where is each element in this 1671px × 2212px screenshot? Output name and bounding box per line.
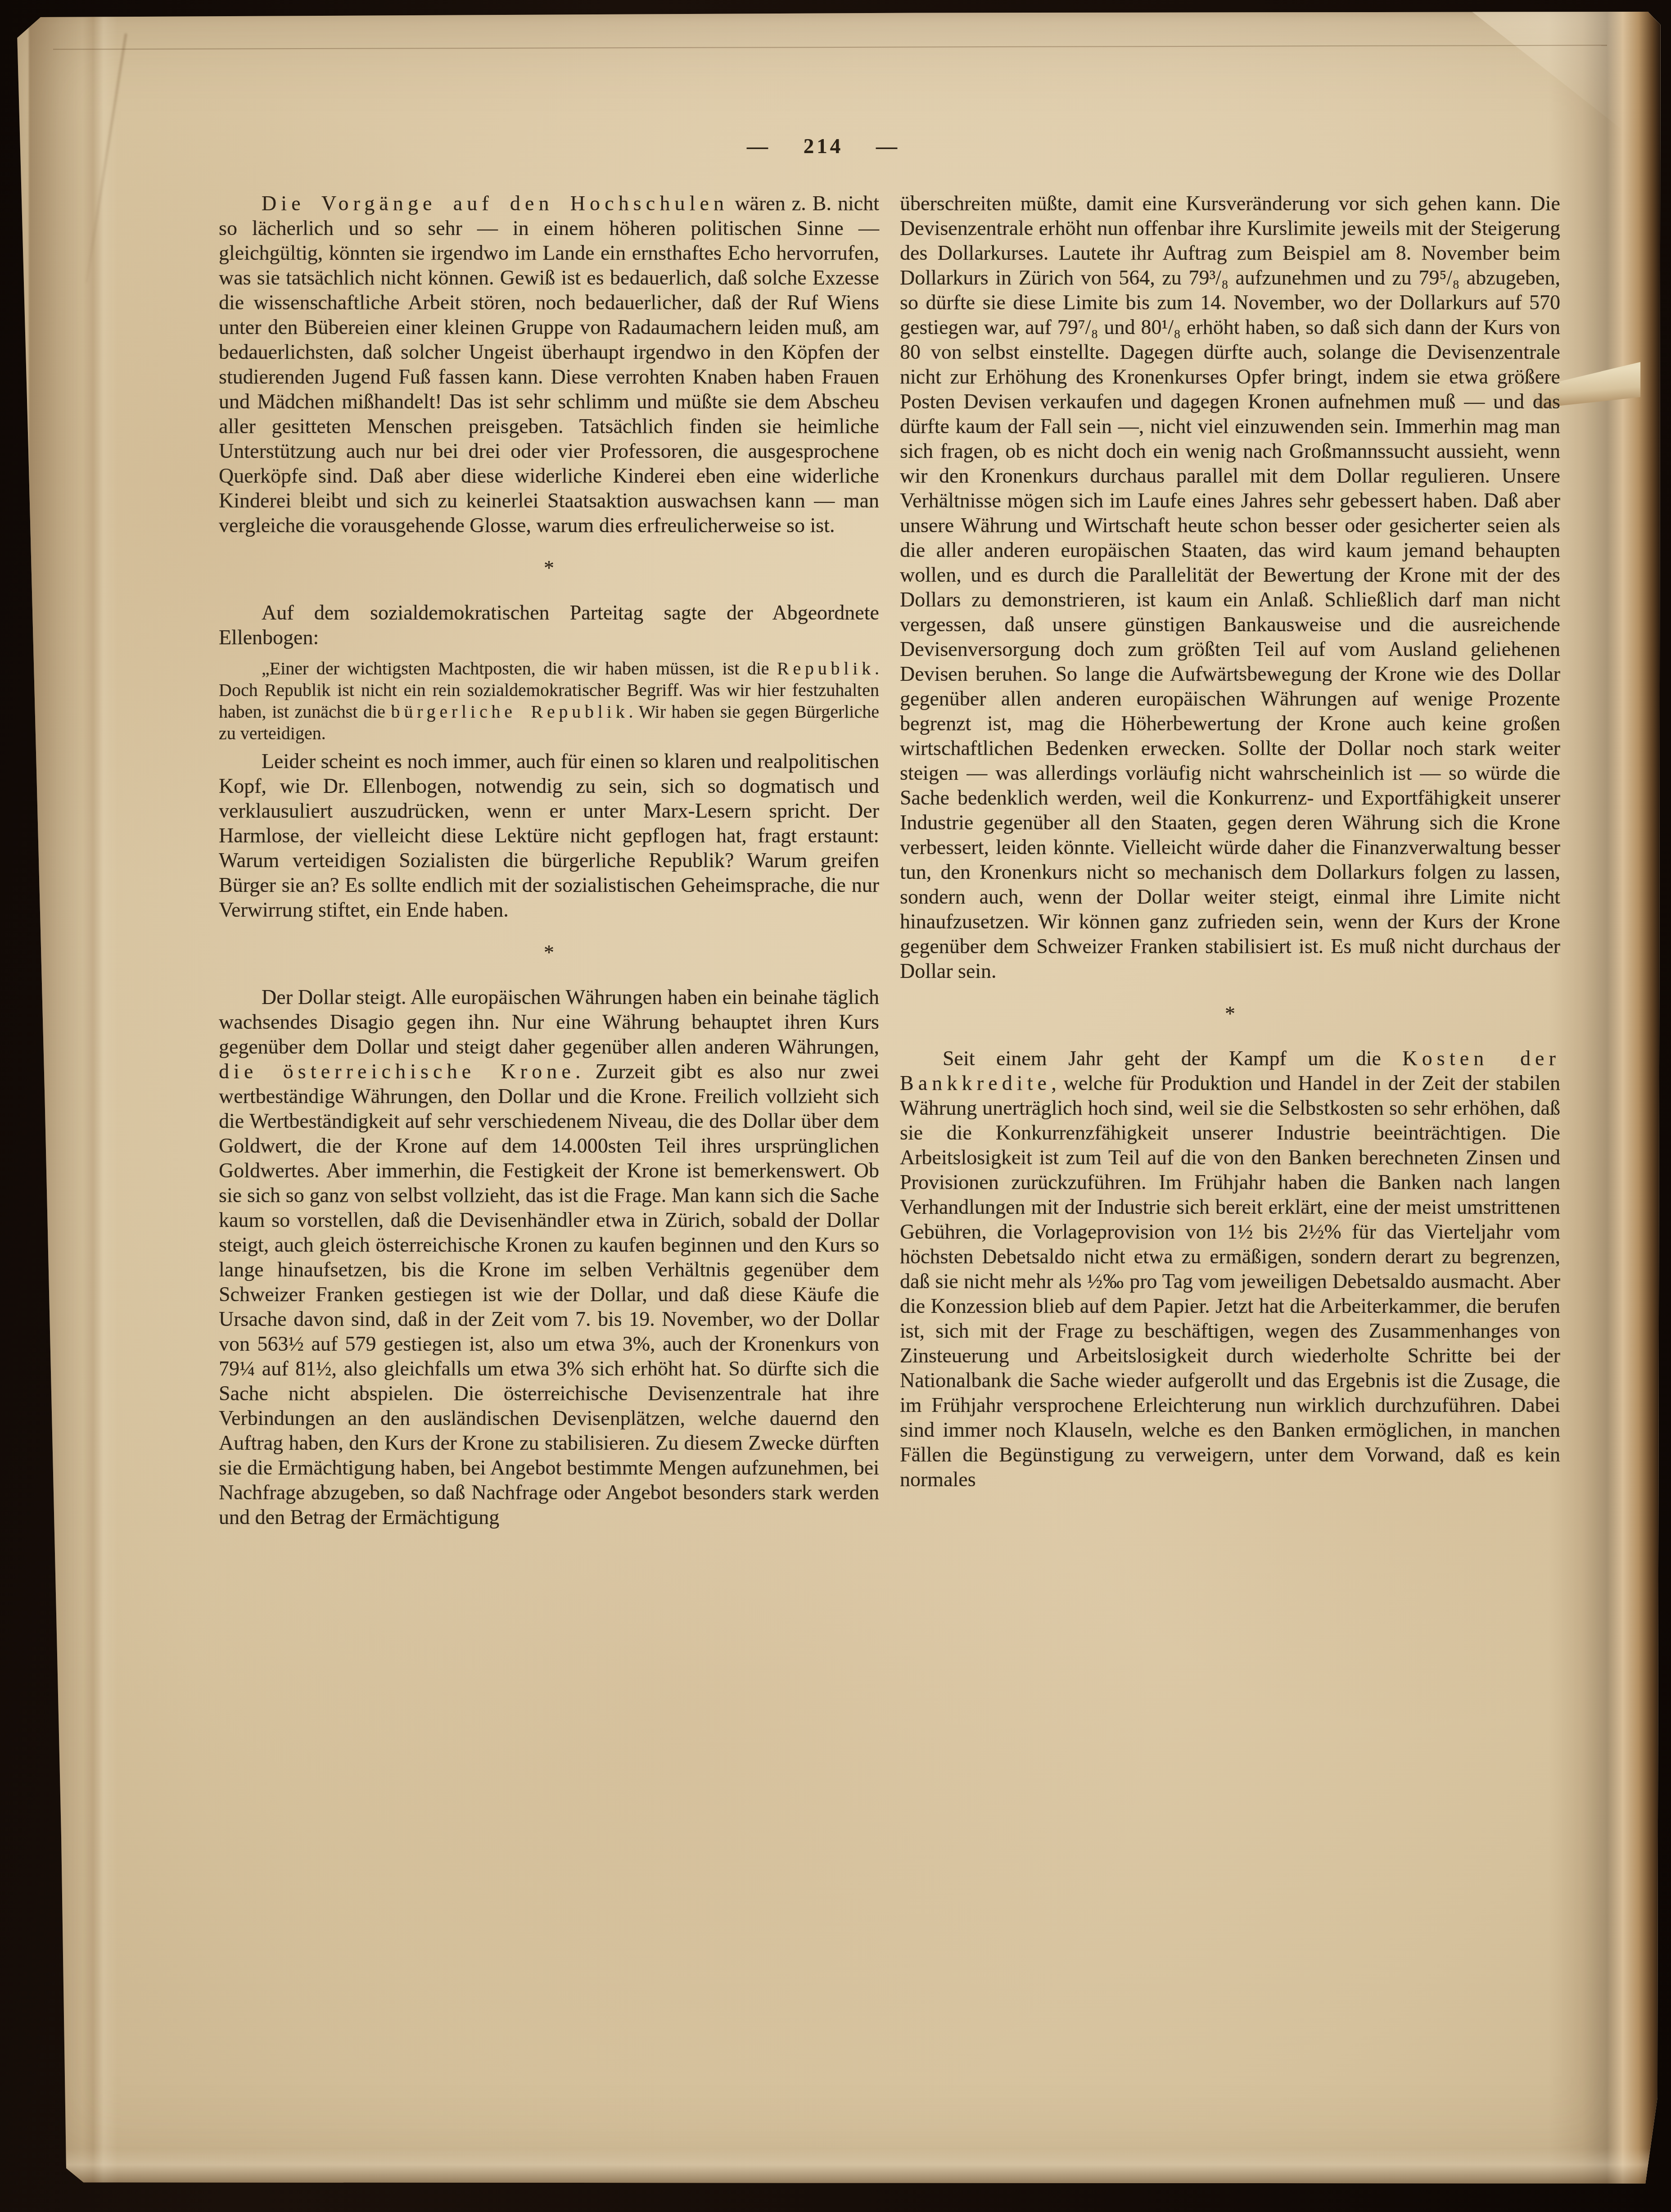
top-edge-line xyxy=(53,45,1607,50)
body-text: . Zurzeit gibt es also nur zwei wertbest… xyxy=(219,1060,879,1529)
text-columns: Die Vorgänge auf den Hochschulen wären z… xyxy=(219,191,1560,1983)
quote-paragraph: „Einer der wichtigsten Machtposten, die … xyxy=(219,658,879,744)
column-right: überschreiten müßte, damit eine Kursverä… xyxy=(900,191,1560,1983)
body-text: Seit einem Jahr geht der Kampf um die xyxy=(943,1047,1402,1070)
section-separator: * xyxy=(900,1001,1560,1026)
body-text: Auf dem sozialdemokratischen Parteitag s… xyxy=(219,601,879,649)
body-text: Leider scheint es noch immer, auch für e… xyxy=(219,750,879,921)
bottom-page-edge xyxy=(13,2149,1661,2185)
emphasized-text: die österreichische Krone xyxy=(219,1060,575,1083)
page-number: — 214 — xyxy=(13,134,1634,158)
body-text: überschreiten müßte, damit eine Kursverä… xyxy=(900,192,1560,982)
emphasized-text: bürgerliche Republik xyxy=(391,701,629,722)
paragraph: überschreiten müßte, damit eine Kursverä… xyxy=(900,191,1560,983)
paragraph: Leider scheint es noch immer, auch für e… xyxy=(219,749,879,922)
paragraph: Der Dollar steigt. Alle europäischen Wäh… xyxy=(219,985,879,1529)
body-text: Der Dollar steigt. Alle europäischen Wäh… xyxy=(219,986,879,1058)
section-separator: * xyxy=(219,556,879,580)
paragraph: Auf dem sozialdemokratischen Parteitag s… xyxy=(219,600,879,650)
body-text: , welche für Produktion und Handel in de… xyxy=(900,1072,1560,1491)
emphasized-text: Republik xyxy=(777,658,875,679)
page: — 214 — Die Vorgänge auf den Hochschulen… xyxy=(13,12,1661,2185)
paragraph: Die Vorgänge auf den Hochschulen wären z… xyxy=(219,191,879,538)
emphasized-text: Die Vorgänge auf den Hochschulen xyxy=(262,192,728,215)
scanned-document: { "document": { "page_number": "214", "h… xyxy=(0,0,1671,2212)
body-text: „Einer der wichtigsten Machtposten, die … xyxy=(262,658,777,679)
body-text: wären z. B. nicht so lächerlich und so s… xyxy=(219,192,879,537)
left-edge-crease xyxy=(29,12,132,2185)
paragraph: Seit einem Jahr geht der Kampf um die Ko… xyxy=(900,1046,1560,1492)
section-separator: * xyxy=(219,940,879,965)
right-spine-edge xyxy=(1549,12,1661,2185)
column-left: Die Vorgänge auf den Hochschulen wären z… xyxy=(219,191,879,1983)
